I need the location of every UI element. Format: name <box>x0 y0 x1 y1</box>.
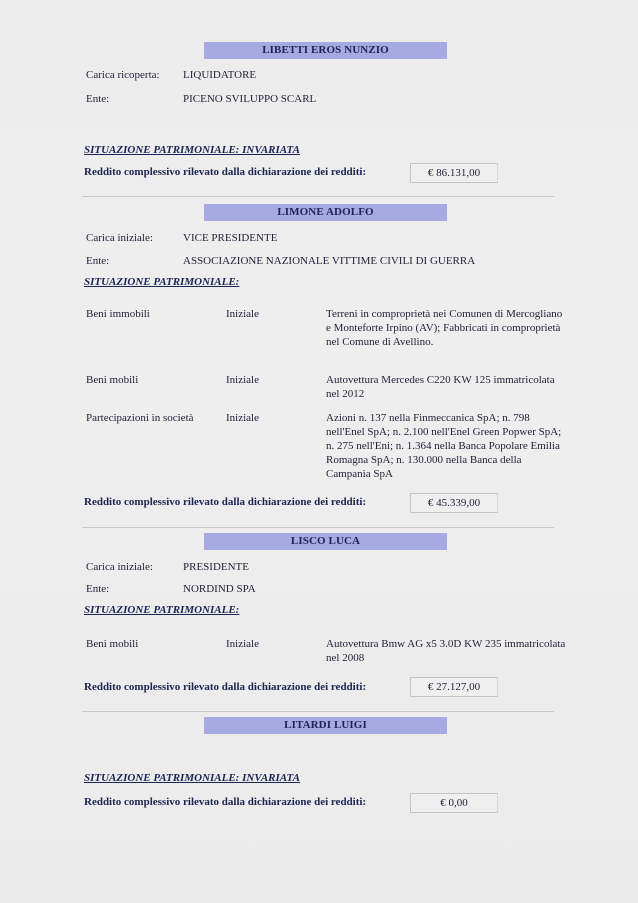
person-name-header: LISCO LUCA <box>204 533 447 550</box>
ente-label: Ente: <box>86 255 109 267</box>
asset-category: Partecipazioni in società <box>86 412 194 424</box>
reddito-label: Reddito complessivo rilevato dalla dichi… <box>84 496 366 508</box>
situazione-patrimoniale: SITUAZIONE PATRIMONIALE: INVARIATA <box>84 772 300 784</box>
asset-status: Iniziale <box>226 374 259 386</box>
reddito-value: € 86.131,00 <box>410 163 498 183</box>
role-value: PRESIDENTE <box>183 561 249 573</box>
ente-value: ASSOCIAZIONE NAZIONALE VITTIME CIVILI DI… <box>183 255 475 267</box>
role-value: VICE PRESIDENTE <box>183 232 277 244</box>
situazione-patrimoniale: SITUAZIONE PATRIMONIALE: <box>84 276 239 288</box>
ente-value: NORDIND SPA <box>183 583 256 595</box>
ente-value: PICENO SVILUPPO SCARL <box>183 93 316 105</box>
role-value: LIQUIDATORE <box>183 69 256 81</box>
asset-description: Terreni in comproprietà nei Comunen di M… <box>326 307 566 349</box>
role-label: Carica ricoperta: <box>86 69 160 81</box>
reddito-value: € 45.339,00 <box>410 493 498 513</box>
asset-category: Beni mobili <box>86 374 138 386</box>
section-divider <box>82 196 554 197</box>
asset-status: Iniziale <box>226 308 259 320</box>
reddito-value: € 27.127,00 <box>410 677 498 697</box>
section-divider <box>82 711 554 712</box>
person-name-header: LITARDI LUIGI <box>204 717 447 734</box>
asset-description: Azioni n. 137 nella Finmeccanica SpA; n.… <box>326 411 562 481</box>
ente-label: Ente: <box>86 93 109 105</box>
reddito-label: Reddito complessivo rilevato dalla dichi… <box>84 796 366 808</box>
situazione-patrimoniale: SITUAZIONE PATRIMONIALE: INVARIATA <box>84 144 300 156</box>
reddito-label: Reddito complessivo rilevato dalla dichi… <box>84 681 366 693</box>
asset-category: Beni mobili <box>86 638 138 650</box>
section-divider <box>82 527 554 528</box>
role-label: Carica iniziale: <box>86 561 153 573</box>
asset-category: Beni immobili <box>86 308 150 320</box>
asset-description: Autovettura Mercedes C220 KW 125 immatri… <box>326 373 566 401</box>
asset-status: Iniziale <box>226 638 259 650</box>
asset-description: Autovettura Bmw AG x5 3.0D KW 235 immatr… <box>326 637 566 665</box>
document-page: LIBETTI EROS NUNZIO Carica ricoperta: LI… <box>0 0 638 903</box>
asset-status: Iniziale <box>226 412 259 424</box>
reddito-label: Reddito complessivo rilevato dalla dichi… <box>84 166 366 178</box>
role-label: Carica iniziale: <box>86 232 153 244</box>
situazione-patrimoniale: SITUAZIONE PATRIMONIALE: <box>84 604 239 616</box>
person-name-header: LIMONE ADOLFO <box>204 204 447 221</box>
person-name-header: LIBETTI EROS NUNZIO <box>204 42 447 59</box>
ente-label: Ente: <box>86 583 109 595</box>
reddito-value: € 0,00 <box>410 793 498 813</box>
